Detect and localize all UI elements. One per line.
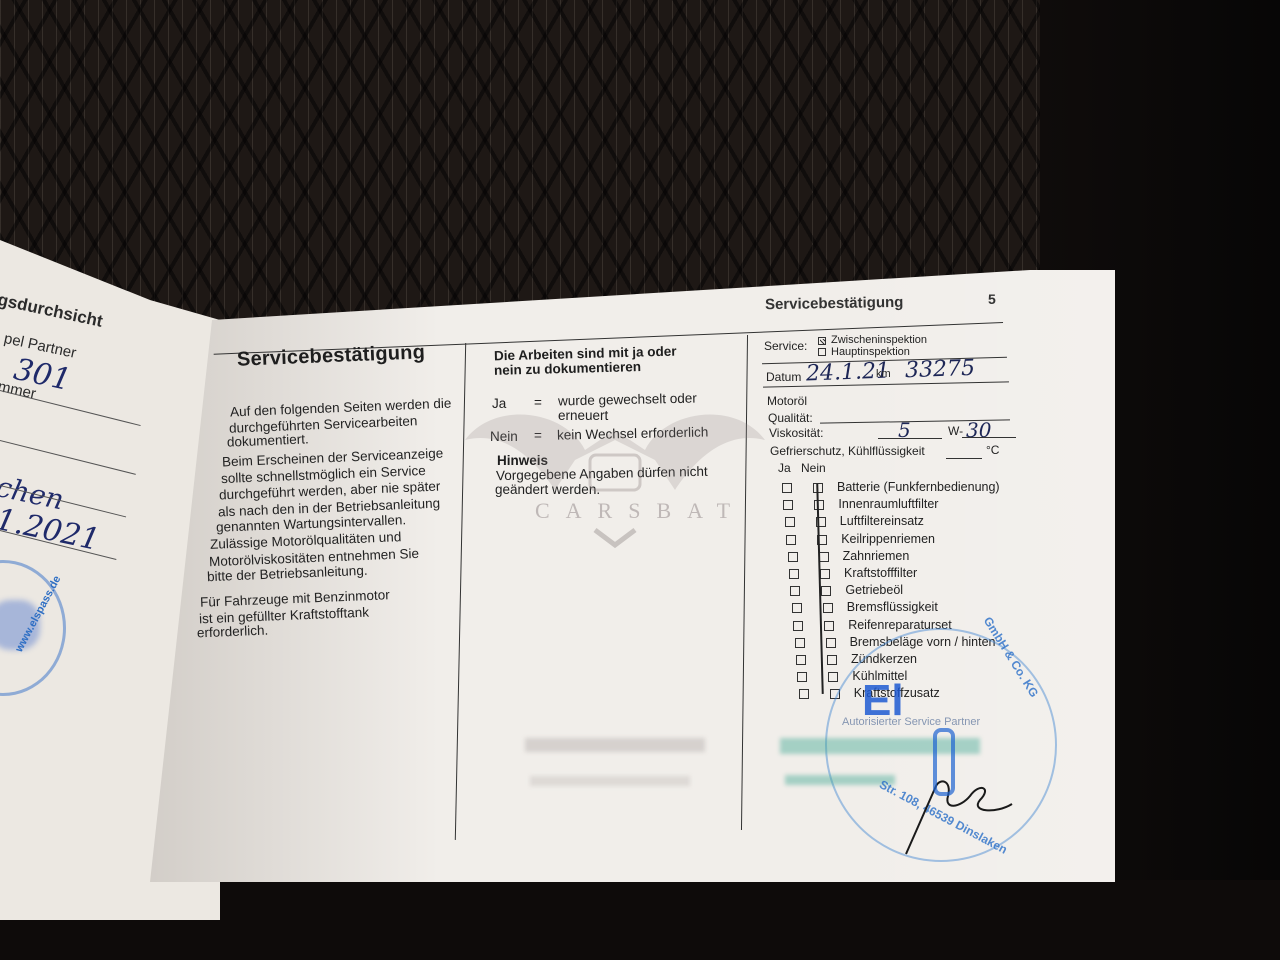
show-through-text bbox=[530, 776, 690, 786]
qualitaet-label: Qualität: bbox=[768, 411, 813, 425]
checklist-ja-checkbox[interactable] bbox=[783, 500, 793, 510]
service-option-checkbox[interactable] bbox=[818, 348, 826, 356]
service-option-checkbox[interactable] bbox=[818, 337, 826, 345]
checklist-ja-checkbox[interactable] bbox=[792, 603, 802, 613]
ja-label: Ja bbox=[492, 396, 506, 413]
service-label: Service: bbox=[764, 339, 807, 353]
signature bbox=[900, 770, 1020, 860]
stamp-smear bbox=[785, 775, 895, 785]
checklist-item-label: Getriebeöl bbox=[845, 583, 903, 597]
ja-definition-line2: erneuert bbox=[558, 408, 608, 425]
column-header-nein: Nein bbox=[801, 461, 826, 475]
checklist-nein-checkbox[interactable] bbox=[823, 603, 833, 613]
checklist-ja-checkbox[interactable] bbox=[789, 569, 799, 579]
checklist-item-label: Batterie (Funkfernbedienung) bbox=[837, 480, 1000, 494]
checklist-item-label: Innenraumluftfilter bbox=[838, 497, 938, 511]
dealer-stamp-glyph bbox=[933, 728, 955, 796]
checklist-nein-checkbox[interactable] bbox=[826, 638, 836, 648]
nein-equals: = bbox=[534, 428, 542, 445]
datum-label: Datum bbox=[766, 370, 801, 384]
checklist-nein-checkbox[interactable] bbox=[824, 621, 834, 631]
checklist-nein-checkbox[interactable] bbox=[828, 672, 838, 682]
column-header-ja: Ja bbox=[778, 461, 791, 475]
viskositaet-value-2[interactable]: 30 bbox=[966, 418, 991, 442]
checklist-item-label: Bremsflüssigkeit bbox=[847, 600, 938, 614]
checklist-item-label: Luftfiltereinsatz bbox=[840, 514, 924, 528]
checklist-ja-checkbox[interactable] bbox=[790, 586, 800, 596]
viskositaet-field-line bbox=[962, 437, 1016, 438]
km-label: km bbox=[876, 368, 891, 380]
intro-text-line: dokumentiert. bbox=[227, 431, 309, 451]
checklist-nein-checkbox[interactable] bbox=[827, 655, 837, 665]
gefrierschutz-unit: °C bbox=[986, 443, 999, 457]
checklist-ja-checkbox[interactable] bbox=[793, 621, 803, 631]
checklist-ja-checkbox[interactable] bbox=[782, 483, 792, 493]
viskositaet-w: W- bbox=[948, 424, 963, 438]
page-number: 5 bbox=[988, 291, 996, 307]
checklist-item-label: Kraftstofffilter bbox=[844, 566, 917, 580]
checklist-nein-checkbox[interactable] bbox=[821, 586, 831, 596]
checklist-ja-checkbox[interactable] bbox=[786, 535, 796, 545]
motoroel-label: Motoröl bbox=[767, 394, 807, 408]
dealer-stamp-line: Autorisierter Service Partner bbox=[842, 716, 980, 728]
nein-label: Nein bbox=[490, 429, 518, 446]
checklist-item-label: Keilrippenriemen bbox=[841, 532, 935, 546]
show-through-text bbox=[525, 738, 705, 752]
checklist-ja-checkbox[interactable] bbox=[795, 638, 805, 648]
checklist-ja-checkbox[interactable] bbox=[796, 655, 806, 665]
intro-text-line: erforderlich. bbox=[197, 623, 269, 642]
checklist-ja-checkbox[interactable] bbox=[785, 517, 795, 527]
checklist-ja-checkbox[interactable] bbox=[799, 689, 809, 699]
checklist-nein-checkbox[interactable] bbox=[819, 552, 829, 562]
viskositaet-label: Viskosität: bbox=[769, 426, 823, 440]
ja-equals: = bbox=[534, 395, 542, 412]
checklist-ja-checkbox[interactable] bbox=[797, 672, 807, 682]
gefrierschutz-field-line bbox=[946, 458, 982, 459]
viskositaet-field-line bbox=[878, 438, 942, 439]
checklist-item-label: Zahnriemen bbox=[843, 549, 910, 563]
checklist-ja-checkbox[interactable] bbox=[788, 552, 798, 562]
service-option-label: Zwischeninspektion bbox=[831, 334, 927, 346]
nein-definition: kein Wechsel erforderlich bbox=[557, 424, 709, 444]
checklist-nein-checkbox[interactable] bbox=[820, 569, 830, 579]
hinweis-title: Hinweis bbox=[497, 453, 548, 468]
gefrierschutz-label: Gefrierschutz, Kühlflüssigkeit bbox=[770, 444, 925, 458]
running-header: Servicebestätigung bbox=[765, 294, 904, 313]
hinweis-text-line2: geändert werden. bbox=[495, 482, 600, 499]
km-value[interactable]: 33275 bbox=[905, 356, 976, 383]
service-option-label: Hauptinspektion bbox=[831, 346, 910, 358]
